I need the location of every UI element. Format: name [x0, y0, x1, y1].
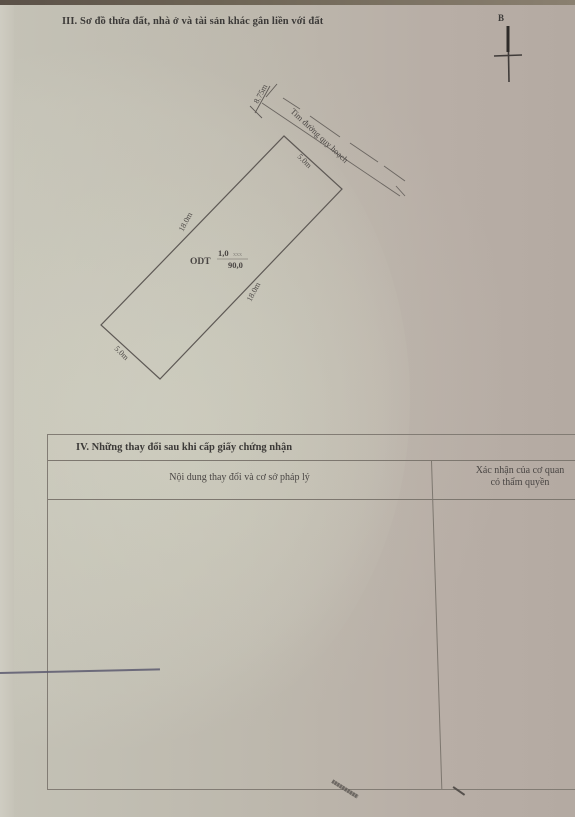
certificate-page: III. Sơ đồ thửa đất, nhà ở và tài sản kh…	[0, 0, 575, 817]
edge-right-label: 18.0m	[245, 280, 263, 303]
parcel-number: 1,0	[218, 248, 229, 258]
column-header-authority: Xác nhận của cơ quan có thẩm quyền	[440, 465, 575, 489]
column-divider	[431, 461, 442, 789]
setback-label: 8.75m	[252, 82, 270, 105]
section-iv-title: IV. Những thay đổi sau khi cấp giấy chứn…	[48, 435, 575, 461]
edge-bottom-label: 5.0m	[113, 344, 131, 362]
edge-top-label: 5.0m	[296, 152, 314, 170]
land-type-label: ODT	[190, 257, 211, 267]
parcel-area: 90,0	[228, 260, 243, 270]
table-header-row: Nội dung thay đổi và cơ sở pháp lý Xác n…	[48, 461, 575, 500]
edge-left-label: 18.0m	[177, 210, 195, 233]
column-header-authority-line2: có thẩm quyền	[440, 477, 575, 489]
parcel-extra: xxx	[233, 252, 242, 258]
column-header-content: Nội dung thay đổi và cơ sở pháp lý	[48, 472, 431, 483]
land-plot-diagram: 8.75m Tim đường quy hoạch 5.0m 18.0m 18.…	[0, 0, 575, 430]
column-header-authority-line1: Xác nhận của cơ quan	[440, 465, 575, 477]
changes-table: IV. Những thay đổi sau khi cấp giấy chứn…	[47, 434, 575, 790]
